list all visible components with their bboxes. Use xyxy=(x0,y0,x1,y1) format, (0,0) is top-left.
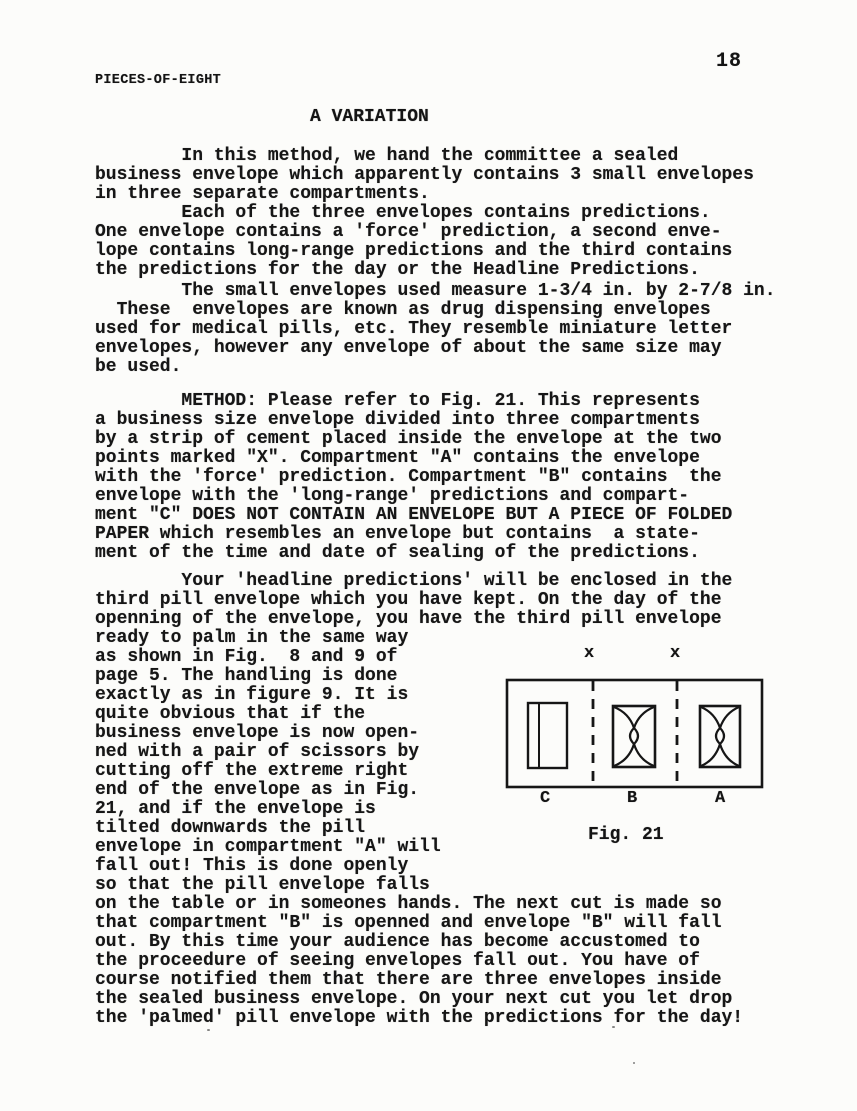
page-number: 18 xyxy=(716,50,742,73)
section-title: A VARIATION xyxy=(310,107,429,127)
pill-envelope-a-icon xyxy=(700,706,740,767)
compartment-label-c: C xyxy=(540,789,550,808)
figure-caption: Fig. 21 xyxy=(588,825,664,845)
compartment-label-a: A xyxy=(715,789,725,808)
compartment-label-b: B xyxy=(627,789,637,808)
cement-point-mark-left: x xyxy=(584,644,594,663)
intro-paragraphs: In this method, we hand the committee a … xyxy=(95,147,754,280)
cement-point-mark-right: x xyxy=(670,644,680,663)
scan-speck xyxy=(207,1029,210,1031)
pill-envelope-b-icon xyxy=(613,706,655,767)
envelope-size-paragraph: The small envelopes used measure 1-3/4 i… xyxy=(95,282,776,377)
scan-speck xyxy=(612,1026,615,1028)
method-paragraph: METHOD: Please refer to Fig. 21. This re… xyxy=(95,392,732,563)
scan-speck xyxy=(633,1062,635,1064)
running-head: PIECES-OF-EIGHT xyxy=(95,73,221,88)
folded-paper-icon xyxy=(528,703,567,768)
scanned-document-page: 18 PIECES-OF-EIGHT A VARIATION In this m… xyxy=(0,0,857,1111)
